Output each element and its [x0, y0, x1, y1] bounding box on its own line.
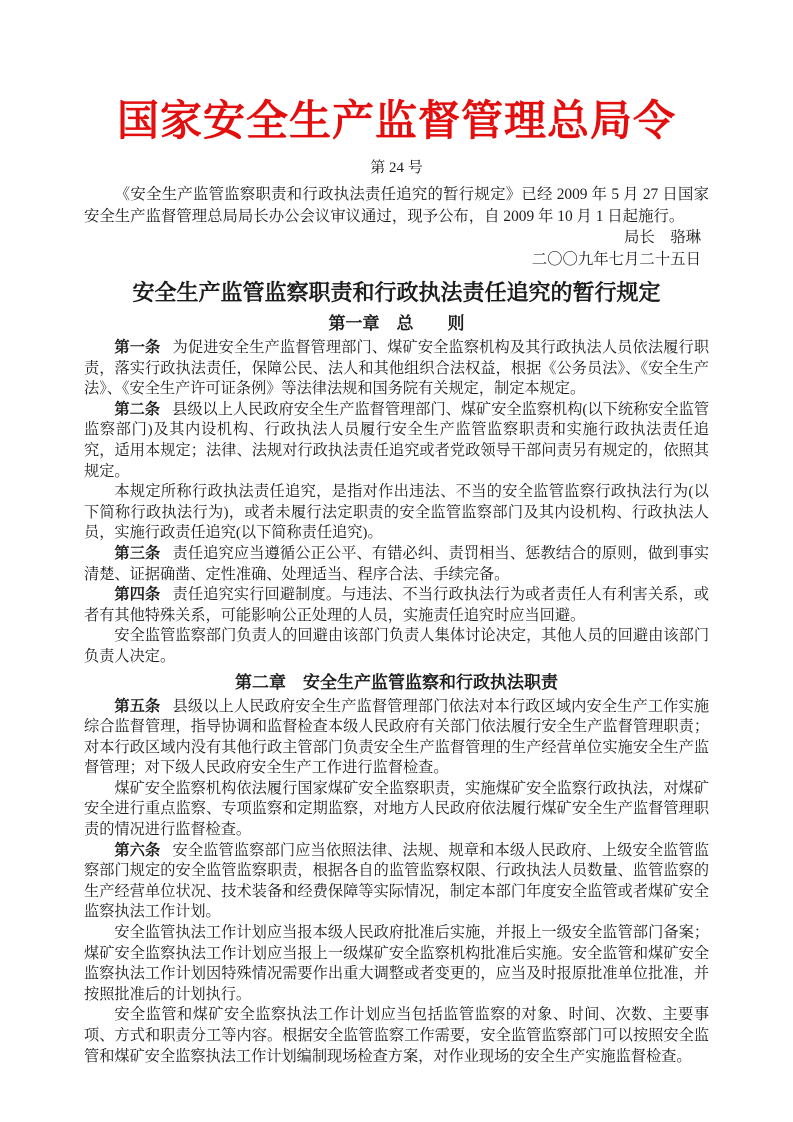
article-paragraph: 第三条责任追究应当遵循公正公平、有错必纠、责罚相当、惩教结合的原则，做到事实清楚… — [84, 544, 709, 585]
preamble-paragraph: 《安全生产监管监察职责和行政执法责任追究的暂行规定》已经 2009 年 5 月 … — [84, 184, 709, 227]
article-text: 安全监管执法工作计划应当报本级人民政府批准后实施，并报上一级安全监管部门备案；煤… — [84, 924, 709, 1003]
article-paragraph: 第五条县级以上人民政府安全生产监督管理部门依法对本行政区域内安全生产工作实施综合… — [84, 697, 709, 779]
article-text: 县级以上人民政府安全生产监督管理部门依法对本行政区域内安全生产工作实施综合监督管… — [84, 698, 709, 777]
article-text: 为促进安全生产监督管理部门、煤矿安全监察机构及其行政执法人员依法履行职责，落实行… — [84, 339, 709, 397]
article-paragraph: 第一条为促进安全生产监督管理部门、煤矿安全监察机构及其行政执法人员依法履行职责，… — [84, 338, 709, 400]
article-paragraph: 安全监管和煤矿安全监察执法工作计划应当包括监管监察的对象、时间、次数、主要事项、… — [84, 1005, 709, 1067]
article-label: 第六条 — [114, 842, 160, 859]
order-title: 国家安全生产监督管理总局令 — [84, 96, 709, 148]
chapter-2-heading: 第二章 安全生产监管监察和行政执法职责 — [84, 671, 709, 694]
article-paragraph: 第六条安全监管监察部门应当依照法律、法规、规章和本级人民政府、上级安全监管监察部… — [84, 841, 709, 923]
article-paragraph: 煤矿安全监察机构依法履行国家煤矿安全监察职责，实施煤矿安全监察行政执法，对煤矿安… — [84, 779, 709, 841]
document-page: 国家安全生产监督管理总局令 第 24 号 《安全生产监管监察职责和行政执法责任追… — [0, 0, 793, 1122]
article-paragraph: 安全监管执法工作计划应当报本级人民政府批准后实施，并报上一级安全监管部门备案；煤… — [84, 923, 709, 1005]
article-label: 第二条 — [114, 401, 160, 418]
chapter-1-heading: 第一章 总 则 — [84, 312, 709, 335]
article-text: 安全监管监察部门负责人的回避由该部门负责人集体讨论决定，其他人员的回避由该部门负… — [84, 627, 709, 665]
article-text: 责任追究应当遵循公正公平、有错必纠、责罚相当、惩教结合的原则，做到事实清楚、证据… — [84, 545, 709, 583]
sign-date-line: 二〇〇九年七月二十五日 — [84, 249, 709, 271]
article-label: 第五条 — [114, 698, 160, 715]
signer-line: 局长 骆琳 — [84, 227, 709, 249]
article-text: 责任追究实行回避制度。与违法、不当行政执法行为或者责任人有利害关系，或者有其他特… — [84, 586, 709, 624]
article-text: 安全监管和煤矿安全监察执法工作计划应当包括监管监察的对象、时间、次数、主要事项、… — [84, 1006, 709, 1064]
article-text: 县级以上人民政府安全生产监督管理部门、煤矿安全监察机构(以下统称安全监管监察部门… — [84, 401, 709, 480]
order-number: 第 24 号 — [84, 158, 709, 178]
article-paragraph: 本规定所称行政执法责任追究，是指对作出违法、不当的安全监管监察行政执法行为(以下… — [84, 482, 709, 544]
article-text: 煤矿安全监察机构依法履行国家煤矿安全监察职责，实施煤矿安全监察行政执法，对煤矿安… — [84, 780, 709, 838]
article-text: 本规定所称行政执法责任追究，是指对作出违法、不当的安全监管监察行政执法行为(以下… — [84, 483, 709, 541]
article-paragraph: 第四条责任追究实行回避制度。与违法、不当行政执法行为或者责任人有利害关系，或者有… — [84, 585, 709, 626]
regulation-title: 安全生产监管监察职责和行政执法责任追究的暂行规定 — [84, 278, 709, 307]
article-paragraph: 安全监管监察部门负责人的回避由该部门负责人集体讨论决定，其他人员的回避由该部门负… — [84, 626, 709, 667]
article-text: 安全监管监察部门应当依照法律、法规、规章和本级人民政府、上级安全监管监察部门规定… — [84, 842, 709, 921]
article-label: 第一条 — [114, 339, 160, 356]
article-paragraph: 第二条县级以上人民政府安全生产监督管理部门、煤矿安全监察机构(以下统称安全监管监… — [84, 400, 709, 482]
article-label: 第四条 — [114, 586, 160, 603]
article-label: 第三条 — [114, 545, 160, 562]
